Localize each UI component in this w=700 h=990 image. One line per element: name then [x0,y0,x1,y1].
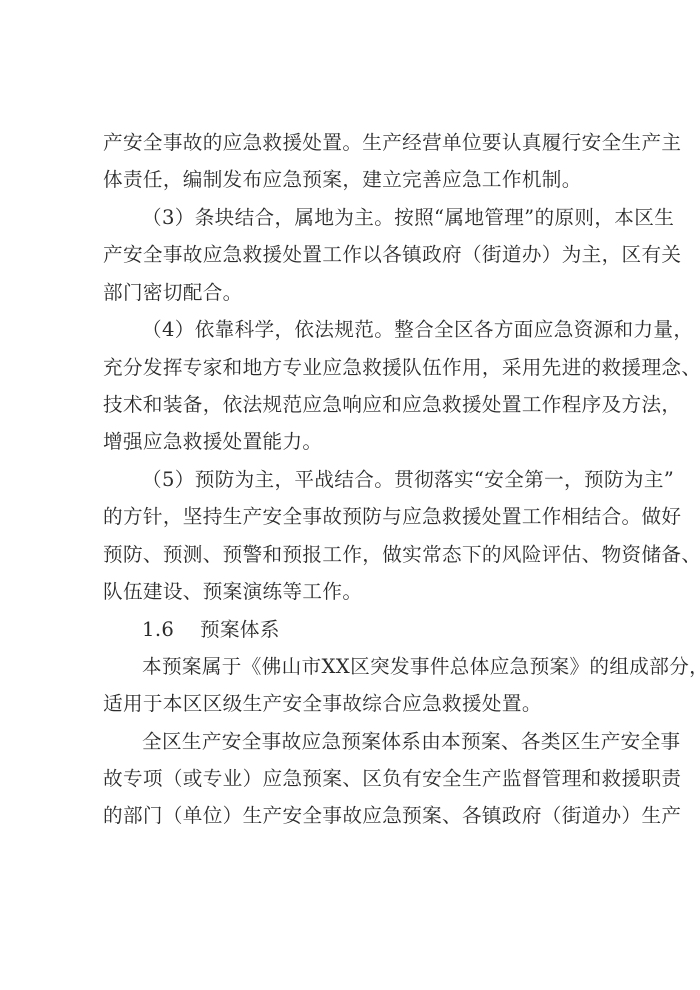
paragraph-line: 的部门（单位）生产安全事故应急预案、各镇政府（街道办）生产 [103,801,603,831]
paragraph-line: 的方针，坚持生产安全事故预防与应急救援处置工作相结合。做好 [103,502,603,532]
paragraph-line: 全区生产安全事故应急预案体系由本预案、各类区生产安全事 [142,727,642,757]
paragraph-line: 本预案属于《佛山市XX区突发事件总体应急预案》的组成部分， [142,652,642,682]
paragraph-line: 部门密切配合。 [103,278,603,308]
principle-3-line: （3）条块结合，属地为主。按照“属地管理”的原则，本区生 [142,203,642,233]
paragraph-line: 增强应急救援处置能力。 [103,427,603,457]
paragraph-line: 故专项（或专业）应急预案、区负有安全生产监督管理和救援职责 [103,764,603,794]
principle-5-line: （5）预防为主，平战结合。贯彻落实“安全第一，预防为主” [142,465,642,495]
paragraph-line: 适用于本区区级生产安全事故综合应急救援处置。 [103,689,603,719]
paragraph-line: 体责任，编制发布应急预案，建立完善应急工作机制。 [103,165,603,195]
section-title: 预案体系 [200,618,280,641]
principle-4-line: （4）依靠科学，依法规范。整合全区各方面应急资源和力量， [142,315,642,345]
section-heading: 1.6预案体系 [142,615,642,645]
document-page: 产安全事故的应急救援处置。生产经营单位要认真履行安全生产主 体责任，编制发布应急… [0,0,700,990]
paragraph-line: 产安全事故的应急救援处置。生产经营单位要认真履行安全生产主 [103,128,603,158]
paragraph-line: 队伍建设、预案演练等工作。 [103,577,603,607]
section-number: 1.6 [142,615,200,645]
paragraph-line: 技术和装备，依法规范应急响应和应急救援处置工作程序及方法， [103,390,603,420]
paragraph-line: 充分发挥专家和地方专业应急救援队伍作用，采用先进的救援理念、 [103,353,603,383]
paragraph-line: 预防、预测、预警和预报工作，做实常态下的风险评估、物资储备、 [103,540,603,570]
paragraph-line: 产安全事故应急救援处置工作以各镇政府（街道办）为主，区有关 [103,240,603,270]
